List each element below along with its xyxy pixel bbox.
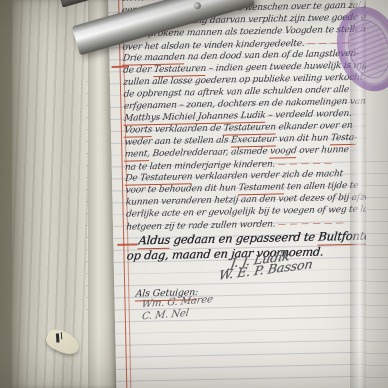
handwritten-text: verklaarden de — [152, 124, 224, 136]
handwritten-text: – verdeeld worden. — [265, 109, 352, 121]
manuscript-page: en komstige goederen. Ingeval de langstl… — [108, 0, 378, 388]
red-underlined-word: Aldus — [138, 233, 171, 249]
red-underlined-word: Testament — [238, 182, 285, 194]
red-underlined-word: Executeur — [230, 135, 276, 147]
photo-of-register-page: en komstige goederen. Ingeval de langstl… — [0, 0, 388, 388]
red-underlined-word: Testateuren — [223, 123, 276, 136]
red-underlined-word: voogd — [269, 146, 297, 158]
handwritten-text: voor te behouden dit hun — [125, 183, 239, 195]
handwritten-text: weder aan te stellen als — [124, 135, 231, 147]
red-underlined-word: De Testateuren — [125, 172, 193, 185]
handwritten-text: elkander over en — [275, 121, 353, 133]
red-underlined-word: ment, — [124, 149, 150, 161]
red-dash-fill: — — — — — — [277, 158, 333, 168]
handwritten-text: ten allen tijde te — [284, 181, 359, 193]
red-underlined-word: Voorts — [124, 125, 153, 137]
handwritten-text: Boedelredderaar, alsmede — [149, 147, 270, 160]
red-dash-fill: — — — — — — — [278, 218, 345, 228]
red-underlined-word: Drie maanden — [122, 52, 185, 65]
red-underlined-word: Testateuren — [153, 64, 206, 77]
handwritten-text: over hunne — [296, 145, 349, 156]
handwritten-text: verklaarden verder zich de macht — [192, 169, 344, 182]
handwritten-text: van dit hun — [276, 133, 332, 144]
red-margin-tick — [117, 243, 137, 245]
red-margin-tick — [112, 66, 128, 68]
